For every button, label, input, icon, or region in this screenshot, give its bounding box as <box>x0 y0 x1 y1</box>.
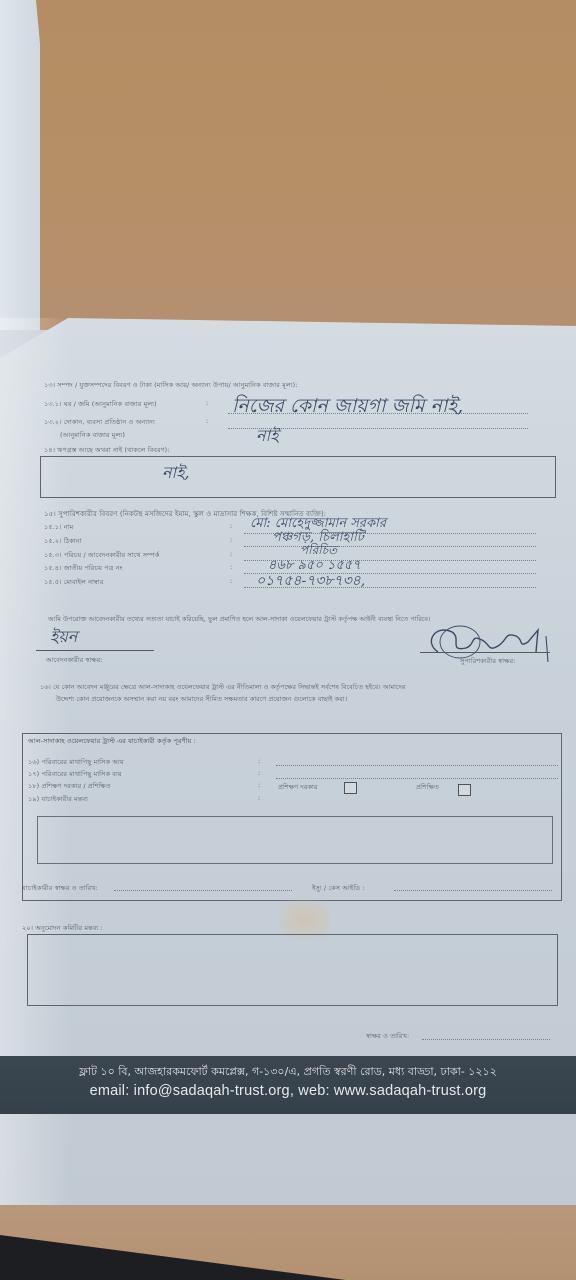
handwritten-business-answer: নাই <box>256 423 279 450</box>
recommender-address-label: ১৫.২। ঠিকানা <box>44 536 82 547</box>
colon: : <box>230 522 232 530</box>
colon: : <box>230 536 232 544</box>
per-capita-income-label: ১৬) পরিবারের মাথাপিছু মাসিক আয় <box>28 757 124 768</box>
declaration-text: আমি উপরোক্ত আবেদনকারীর তথ্যের সত্যতা যাচ… <box>48 614 430 625</box>
training-needed-label: প্রশিক্ষণ দরকার <box>278 782 318 793</box>
section-13-heading: ১৩। সম্পদ / যুক্তসম্পদের বিবরণ ও টাকা (ম… <box>44 380 298 391</box>
recommender-signature-line <box>420 652 550 653</box>
handwritten-mobile: ০১৭৫৪-৭৩৮৭৩৪, <box>256 569 365 593</box>
colon: : <box>230 577 232 585</box>
committee-comment-label: ২০। অনুমোদন কমিটির মন্তব্য : <box>22 923 103 934</box>
signature-date-field[interactable] <box>422 1039 550 1040</box>
footer-address: ফ্লাট ১০ বি, আজহারকমফোর্ট কমপ্লেক্স, গ-১… <box>0 1063 576 1082</box>
policy-note-line-2: উদ্দেশ্য কোন প্রয়োজনকে অসম্মান করা নয় … <box>56 694 347 705</box>
verifier-comment-label: ১৯) যাচাইকারীর মন্তব্য <box>28 794 88 805</box>
per-capita-expense-label: ১৭) পরিবারের মাথাপিছু মাসিক ব্যয় <box>28 769 122 780</box>
trained-label: প্রশিক্ষিত <box>416 782 439 793</box>
debt-details-box[interactable] <box>40 456 556 498</box>
colon: : <box>258 794 260 802</box>
colon: : <box>258 769 260 777</box>
training-needed-checkbox[interactable] <box>344 782 357 794</box>
recommender-name-label: ১৫.১। নাম <box>44 522 73 533</box>
section-13-2-sublabel: (আনুমানিক বাজার মূল্য) <box>60 430 125 441</box>
background-edge <box>0 0 40 330</box>
recommender-signature-label: সুপারিশকারীর স্বাক্ষর: <box>460 656 515 667</box>
verifier-comment-box[interactable] <box>37 816 553 864</box>
applicant-signature-label: আবেদনকারীর স্বাক্ষর: <box>46 655 103 666</box>
handwritten-land-answer: নিজের কোন জায়গা জমি নাই, <box>232 392 463 424</box>
verifier-signature-field[interactable] <box>114 890 292 891</box>
section-13-2-label: ১৩.২। দোকান, ব্যবসা প্রতিষ্ঠান ও অন্যান্… <box>44 417 155 428</box>
section-14-label: ১৪। ঋণগ্রস্ত আছে অথবা নাই (থাকলে বিবরণ): <box>44 445 170 456</box>
per-capita-income-field[interactable] <box>276 765 558 766</box>
handwritten-debt-answer: নাই, <box>162 460 190 487</box>
signature-date-label: স্বাক্ষর ও তারিখ: <box>366 1031 409 1042</box>
colon: : <box>258 757 260 765</box>
footer-contact: email: info@sadaqah-trust.org, web: www.… <box>0 1083 576 1099</box>
verifier-section-heading: আল-সাদাকাহ ওয়েলফেয়ার ট্রাস্ট এর যাচাইক… <box>28 736 196 747</box>
per-capita-expense-field[interactable] <box>276 778 558 779</box>
training-label: ১৮) প্রশিক্ষণ দরকার / প্রশিক্ষিত <box>28 781 111 792</box>
committee-comment-box[interactable] <box>27 934 558 1006</box>
colon: : <box>206 399 208 407</box>
applicant-signature-line <box>36 650 154 651</box>
wooden-surface-top <box>0 0 576 330</box>
verifier-signature-date-label: যাচাইকারীর স্বাক্ষর ও তারিখ: <box>22 883 98 894</box>
recommender-nid-label: ১৫.৪। জাতীয় পরিচয় পত্র নং <box>44 563 123 574</box>
colon: : <box>258 781 260 789</box>
trained-checkbox[interactable] <box>458 784 471 796</box>
section-13-1-label: ১৩.১। ঘর / জমি (আনুমানিক বাজার মূল্য) <box>44 399 157 410</box>
colon: : <box>206 417 208 425</box>
colon: : <box>230 550 232 558</box>
colon: : <box>230 563 232 571</box>
applicant-signature: ইয়ন <box>50 624 77 651</box>
recommender-mobile-label: ১৫.৫। মোবাইল নাম্বার <box>44 577 104 588</box>
policy-note-line-1: ১৬। যে কোন আবেদন মঞ্জুরের ক্ষেত্রে আল-সা… <box>40 682 406 693</box>
issue-case-id-field[interactable] <box>394 890 552 891</box>
recommender-relation-label: ১৫.৩। পরিচয় / আবেদনকারীর সাথে সম্পর্ক <box>44 550 159 561</box>
issue-case-id-label: ইস্যু / কেস আইডি : <box>312 883 365 894</box>
